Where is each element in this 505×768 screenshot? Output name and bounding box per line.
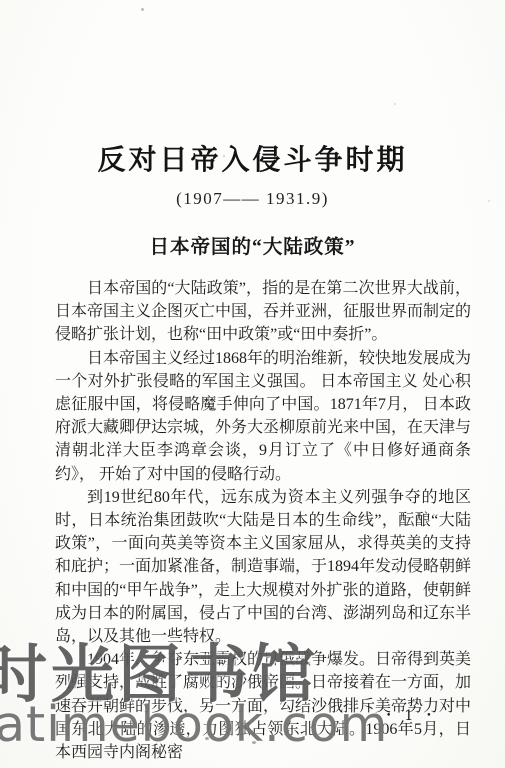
- page-number: • 1 •: [386, 709, 432, 723]
- scanned-book-page: 反对日帝入侵斗争时期 (1907—— 1931.9) 日本帝国的“大陆政策” 日…: [0, 0, 505, 768]
- chapter-date-range: (1907—— 1931.9): [0, 189, 505, 209]
- page-number-dot-right: •: [426, 712, 431, 721]
- page-number-value: 1: [404, 709, 413, 723]
- page-number-dot-left: •: [386, 712, 391, 721]
- scan-speck: [394, 103, 396, 105]
- body-paragraph: 日本帝国的“大陆政策”，指的是在第二次世界大战前，日本帝国主义企图灭亡中国，吞并…: [55, 277, 471, 347]
- body-paragraph: 日本帝国主义经过1868年的明治维新，较快地发展成为一个对外扩张侵略的军国主义强…: [55, 347, 471, 486]
- website-watermark: atimebook.com: [0, 698, 388, 752]
- scan-speck: [141, 8, 144, 11]
- chapter-title: 反对日帝入侵斗争时期: [0, 138, 505, 178]
- body-paragraph: 到19世纪80年代，远东成为资本主义列强争夺的地区时，日本统治集团鼓吹“大陆是日…: [55, 486, 471, 648]
- section-heading: 日本帝国的“大陆政策”: [0, 231, 505, 259]
